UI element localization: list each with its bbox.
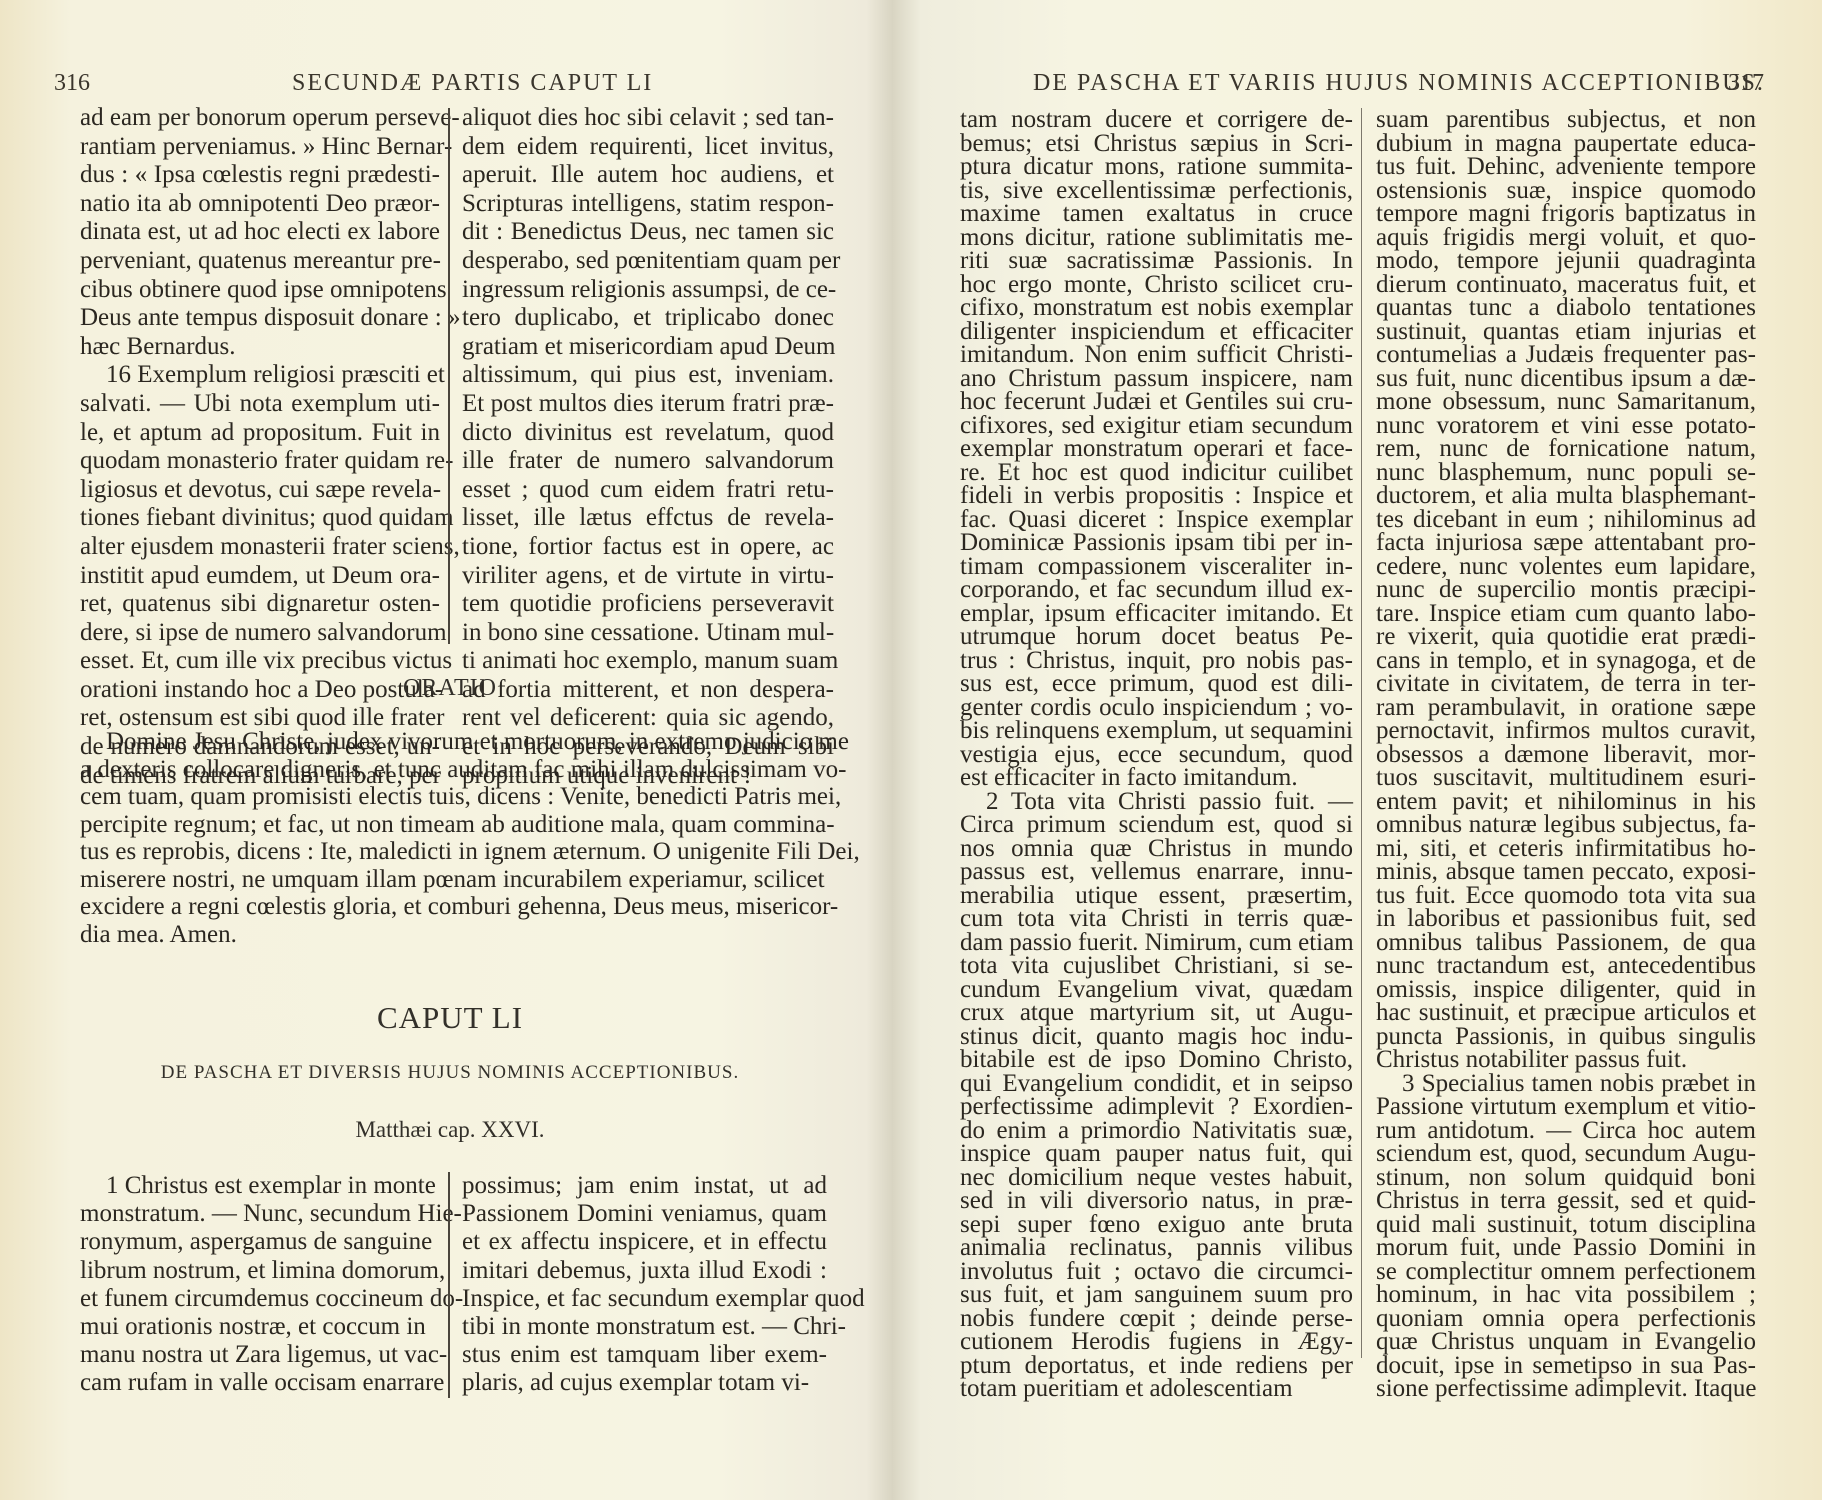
text-line: cifixores, sed exigitur etiam secundum	[960, 414, 1353, 438]
text-line: ram perambulavit, in oratione sæpe	[1376, 696, 1756, 720]
text-line: miserere nostri, ne umquam illam pœnam i…	[80, 866, 810, 894]
text-line: dem eidem requirenti, licet invitus,	[462, 133, 834, 162]
text-line: sione perfectissime adimplevit. Itaque	[1376, 1377, 1756, 1401]
text-line: morum fuit, unde Passio Domini in	[1376, 1236, 1756, 1260]
text-line: Deus ante tempus disposuit donare : »	[80, 304, 440, 333]
text-line: rantiam perveniamus. » Hinc Bernar-	[80, 133, 440, 162]
book-spread: 316 SECUNDÆ PARTIS CAPUT LI ad eam per b…	[0, 0, 1822, 1500]
text-line: ptum deportatus, et inde rediens per	[960, 1354, 1353, 1378]
text-line: corporando, et fac secundum illud ex-	[960, 578, 1353, 602]
text-line: sed in vili diversorio natus, in præ-	[960, 1189, 1353, 1213]
text-line: hoc fecerunt Judæi et Gentiles sui cru-	[960, 390, 1353, 414]
text-line: ti animati hoc exemplo, manum suam	[462, 647, 834, 676]
text-line: nos omnia quæ Christus in mundo	[960, 837, 1353, 861]
text-line: sepi super fœno exiguo ante bruta	[960, 1213, 1353, 1237]
text-line: pernoctavit, infirmos multos curavit,	[1376, 719, 1756, 743]
text-line: salvati. — Ubi nota exemplum uti-	[80, 390, 440, 419]
text-line: trus : Christus, inquit, pro nobis pas-	[960, 649, 1353, 673]
text-line: rum antidotum. — Circa hoc autem	[1376, 1119, 1756, 1143]
text-line: ret, quatenus sibi dignaretur osten-	[80, 590, 440, 619]
text-line: dubium in magna paupertate educa-	[1376, 132, 1756, 156]
text-line: tare. Inspice etiam cum quanto labo-	[1376, 602, 1756, 626]
column-divider	[448, 108, 450, 644]
text-line: re. Et hoc est quod indicitur cuilibet	[960, 461, 1353, 485]
text-line: nobis fundere cœpit ; deinde perse-	[960, 1307, 1353, 1331]
text-line: nunc blasphemum, nunc populi se-	[1376, 461, 1756, 485]
text-line: ad eam per bonorum operum perseve-	[80, 104, 440, 133]
text-line: diligenter inspiciendum et efficaciter	[960, 320, 1353, 344]
text-line: bis relinquens exemplum, ut sequamini	[960, 719, 1353, 743]
text-line: crux atque martyrium sit, ut Augu-	[960, 1001, 1353, 1025]
right-col1: tam nostram ducere et corrigere de-bemus…	[960, 108, 1353, 1401]
text-line: emplar, ipsum efficaciter imitando. Et	[960, 602, 1353, 626]
right-col2: suam parentibus subjectus, et nondubium …	[1376, 108, 1756, 1401]
text-line: re vixerit, quia quotidie erat prædi-	[1376, 625, 1756, 649]
text-line: le, et aptum ad propositum. Fuit in	[80, 419, 440, 448]
text-line: tam nostram ducere et corrigere de-	[960, 108, 1353, 132]
text-line: sus fuit, et jam sanguinem suum pro	[960, 1283, 1353, 1307]
text-line: tota vita cujuslibet Christiani, si se-	[960, 954, 1353, 978]
text-line: nunc voratorem et vini esse potato-	[1376, 414, 1756, 438]
text-line: cam rufam in valle occisam enarrare	[80, 1369, 425, 1397]
left-col2-bottom: possimus; jam enim instat, ut adPassione…	[462, 1172, 827, 1398]
text-line: passus est, vellemus enarrare, innu-	[960, 860, 1353, 884]
text-line: cum tota vita Christi in terris quæ-	[960, 907, 1353, 931]
text-line: mui orationis nostræ, et coccum in	[80, 1313, 425, 1341]
text-line: suam parentibus subjectus, et non	[1376, 108, 1756, 132]
text-line: tis, sive excellentissimæ perfectionis,	[960, 179, 1353, 203]
text-line: institit apud eumdem, ut Deum ora-	[80, 562, 440, 591]
text-line: Dominicæ Passionis ipsam tibi per in-	[960, 531, 1353, 555]
text-line: Passione virtutum exemplum et vitio-	[1376, 1095, 1756, 1119]
text-line: percipite regnum; et fac, ut non timeam …	[80, 811, 810, 839]
text-line: nunc tractandum est, antecedentibus	[1376, 954, 1756, 978]
text-line: manu nostra ut Zara ligemus, ut vac-	[80, 1341, 425, 1369]
text-line: Christus in terra gessit, sed et quid-	[1376, 1189, 1756, 1213]
text-line: ille frater de numero salvandorum	[462, 447, 834, 476]
column-divider-bottom	[448, 1172, 450, 1398]
text-line: alter ejusdem monasterii frater sciens,	[80, 533, 440, 562]
text-line: tus es reprobis, dicens : Ite, maledicti…	[80, 838, 810, 866]
text-line: 16 Exemplum religiosi præsciti et	[80, 361, 440, 390]
text-line: altissimum, qui pius est, inveniam.	[462, 361, 834, 390]
left-col1-bottom: 1 Christus est exemplar in montemonstrat…	[80, 1172, 425, 1398]
text-line: mone obsessum, nunc Samaritanum,	[1376, 390, 1756, 414]
text-line: nunc de supercilio montis præcipi-	[1376, 578, 1756, 602]
text-line: cibus obtinere quod ipse omnipotens	[80, 276, 440, 305]
text-line: omissis, inspice diligenter, quid in	[1376, 978, 1756, 1002]
text-line: excidere a regni cœlestis gloria, et com…	[80, 893, 810, 921]
text-line: tero duplicabo, et triplicabo donec	[462, 304, 834, 333]
text-line: tione, fortior factus est in opere, ac	[462, 533, 834, 562]
text-line: puncta Passionis, in quibus singulis	[1376, 1025, 1756, 1049]
left-page: 316 SECUNDÆ PARTIS CAPUT LI ad eam per b…	[0, 0, 893, 1500]
page-number-left: 316	[54, 70, 90, 97]
text-line: cem tuam, quam promisisti electis tuis, …	[80, 783, 810, 811]
text-line: stinum, non solum quidquid boni	[1376, 1166, 1756, 1190]
text-line: dia mea. Amen.	[80, 921, 810, 949]
text-line: stinus dicit, quanto magis hoc indu-	[960, 1025, 1353, 1049]
text-line: librum nostrum, et limina domorum,	[80, 1257, 425, 1285]
text-line: monstratum. — Nunc, secundum Hie-	[80, 1200, 425, 1228]
text-line: natio ita ab omnipotenti Deo præor-	[80, 190, 440, 219]
oratio-title: ORATIO	[40, 675, 860, 702]
running-head-left: SECUNDÆ PARTIS CAPUT LI	[292, 70, 653, 97]
text-line: 2 Tota vita Christi passio fuit. —	[960, 790, 1353, 814]
text-line: quoniam omnia opera perfectionis	[1376, 1307, 1756, 1331]
text-line: viriliter agens, et de virtute in virtu-	[462, 562, 834, 591]
text-line: mi, siti, et ceteris infirmitatibus ho-	[1376, 837, 1756, 861]
text-line: plaris, ad cujus exemplar totam vi-	[462, 1369, 827, 1397]
text-line: aperuit. Ille autem hoc audiens, et	[462, 161, 834, 190]
text-line: esset. Et, cum ille vix precibus victus	[80, 647, 440, 676]
text-line: civitate in civitatem, de terra in ter-	[1376, 672, 1756, 696]
text-line: omnibus talibus Passionem, de qua	[1376, 931, 1756, 955]
text-line: utrumque horum docet beatus Pe-	[960, 625, 1353, 649]
text-line: aliquot dies hoc sibi celavit ; sed tan-	[462, 104, 834, 133]
text-line: quid mali sustinuit, totum disciplina	[1376, 1213, 1756, 1237]
text-line: tem quotidie proficiens perseveravit	[462, 590, 834, 619]
text-line: ligiosus et devotus, cui sæpe revela-	[80, 476, 440, 505]
text-line: modo, tempore jejunii quadraginta	[1376, 249, 1756, 273]
text-line: contumelias a Judæis frequenter pas-	[1376, 343, 1756, 367]
text-line: sustinuit, quantas etiam injurias et	[1376, 320, 1756, 344]
text-line: ptura dicatur mons, ratione summita-	[960, 155, 1353, 179]
page-number-right: 317	[1728, 70, 1764, 97]
text-line: imitandum. Non enim sufficit Christi-	[960, 343, 1353, 367]
text-line: se complectitur omnem perfectionem	[1376, 1260, 1756, 1284]
text-line: merabilia utique essent, præsertim,	[960, 884, 1353, 908]
text-line: fac. Quasi diceret : Inspice exemplar	[960, 508, 1353, 532]
text-line: 1 Christus est exemplar in monte	[80, 1172, 425, 1200]
text-line: maxime tamen exaltatus in cruce	[960, 202, 1353, 226]
text-line: quantas tunc a diabolo tentationes	[1376, 296, 1756, 320]
text-line: tiones fiebant divinitus; quod quidam	[80, 504, 440, 533]
text-line: Circa primum sciendum est, quod si	[960, 813, 1353, 837]
text-line: tus fuit. Ecce quomodo tota vita sua	[1376, 884, 1756, 908]
text-line: facta injuriosa sæpe attentabant pro-	[1376, 531, 1756, 555]
text-line: possimus; jam enim instat, ut ad	[462, 1172, 827, 1200]
text-line: ostensionis suæ, inspice quomodo	[1376, 179, 1756, 203]
text-line: tempore magni frigoris baptizatus in	[1376, 202, 1756, 226]
text-line: docuit, ipse in semetipso in sua Pas-	[1376, 1354, 1756, 1378]
text-line: totam pueritiam et adolescentiam	[960, 1377, 1353, 1401]
text-line: dierum continuato, maceratus fuit, et	[1376, 273, 1756, 297]
text-line: rem, nunc de fornicatione natum,	[1376, 437, 1756, 461]
text-line: tes dicebant in eum ; nihilominus ad	[1376, 508, 1756, 532]
text-line: lisset, ille lætus effctus de revela-	[462, 504, 834, 533]
text-line: sus fuit, nunc dicentibus ipsum a dæ-	[1376, 367, 1756, 391]
text-line: hac sustinuit, et præcipue articulos et	[1376, 1001, 1756, 1025]
text-line: do enim a primordio Nativitatis suæ,	[960, 1119, 1353, 1143]
text-line: 3 Specialius tamen nobis præbet in	[1376, 1072, 1756, 1096]
text-line: ano Christum passum inspicere, nam	[960, 367, 1353, 391]
running-head-right: DE PASCHA ET VARIIS HUJUS NOMINIS ACCEPT…	[1033, 70, 1765, 97]
text-line: in bono sine cessatione. Utinam mul-	[462, 619, 834, 648]
text-line: et ex affectu inspicere, et in effectu	[462, 1228, 827, 1256]
chapter-reference: Matthæi cap. XXVI.	[40, 1117, 860, 1143]
text-line: perveniant, quatenus mereantur pre-	[80, 247, 440, 276]
text-line: nec domicilium neque vestes habuit,	[960, 1166, 1353, 1190]
text-line: entem pavit; et nihilominus in his	[1376, 790, 1756, 814]
text-line: omnibus naturæ legibus subjectus, fa-	[1376, 813, 1756, 837]
text-line: stus enim est tamquam liber exem-	[462, 1341, 827, 1369]
text-line: Domine Jesu Christe, judex vivorum et mo…	[80, 728, 810, 756]
text-line: aquis frigidis mergi voluit, et quo-	[1376, 226, 1756, 250]
text-line: genter cordis oculo inspiciendum ; vo-	[960, 696, 1353, 720]
text-line: inspice quam pauper natus fuit, qui	[960, 1142, 1353, 1166]
text-line: animalia reclinatus, pannis vilibus	[960, 1236, 1353, 1260]
text-line: ductorem, et alia multa blasphemant-	[1376, 484, 1756, 508]
text-line: perfectissime adimplevit ? Exordien-	[960, 1095, 1353, 1119]
text-line: dinata est, ut ad hoc electi ex labore	[80, 218, 440, 247]
text-line: imitari debemus, juxta illud Exodi :	[462, 1257, 827, 1285]
text-line: dicto divinitus est revelatum, quod	[462, 419, 834, 448]
text-line: bemus; etsi Christus sæpius in Scri-	[960, 132, 1353, 156]
text-line: involutus fuit ; octavo die circumci-	[960, 1260, 1353, 1284]
text-line: esset ; quod cum eidem fratri retu-	[462, 476, 834, 505]
text-line: hominum, in hac vita possibilem ;	[1376, 1283, 1756, 1307]
text-line: mons dicitur, ratione sublimitatis me-	[960, 226, 1353, 250]
text-line: dit : Benedictus Deus, nec tamen sic	[462, 218, 834, 247]
text-line: cans in templo, et in synagoga, et de	[1376, 649, 1756, 673]
text-line: ingressum religionis assumpsi, de ce-	[462, 276, 834, 305]
text-line: minis, absque tamen peccato, exposi-	[1376, 860, 1756, 884]
text-line: dere, si ipse de numero salvandorum	[80, 619, 440, 648]
text-line: quæ Christus unquam in Evangelio	[1376, 1330, 1756, 1354]
text-line: Et post multos dies iterum fratri præ-	[462, 390, 834, 419]
text-line: gratiam et misericordiam apud Deum	[462, 333, 834, 362]
text-line: cutionem Herodis fugiens in Ægy-	[960, 1330, 1353, 1354]
text-line: cundum Evangelium vivat, quædam	[960, 978, 1353, 1002]
text-line: hoc ergo monte, Christo scilicet cru-	[960, 273, 1353, 297]
text-line: timam compassionem visceraliter in-	[960, 555, 1353, 579]
text-line: obsessos a dæmone liberavit, mor-	[1376, 743, 1756, 767]
oratio-body: Domine Jesu Christe, judex vivorum et mo…	[80, 728, 810, 948]
text-line: exemplar monstratum operari et face-	[960, 437, 1353, 461]
text-line: Inspice, et fac secundum exemplar quod	[462, 1285, 827, 1313]
text-line: Passionem Domini veniamus, quam	[462, 1200, 827, 1228]
text-line: tus fuit. Dehinc, adveniente tempore	[1376, 155, 1756, 179]
text-line: a dexteris collocare digneris, et tunc a…	[80, 756, 810, 784]
right-page: DE PASCHA ET VARIIS HUJUS NOMINIS ACCEPT…	[893, 0, 1822, 1500]
text-line: est efficaciter in facto imitandum.	[960, 766, 1353, 790]
text-line: riti suæ sacratissimæ Passionis. In	[960, 249, 1353, 273]
chapter-subtitle: DE PASCHA ET DIVERSIS HUJUS NOMINIS ACCE…	[40, 1062, 860, 1084]
column-divider-right	[1361, 108, 1362, 1358]
text-line: bitabile est de ipso Domino Christo,	[960, 1048, 1353, 1072]
text-line: vestigia ejus, ecce secundum, quod	[960, 743, 1353, 767]
text-line: in laboribus et passionibus fuit, sed	[1376, 907, 1756, 931]
text-line: ronymum, aspergamus de sanguine	[80, 1228, 425, 1256]
text-line: cedere, nunc volentes eum lapidare,	[1376, 555, 1756, 579]
text-line: sus est, ecce primum, quod est dili-	[960, 672, 1353, 696]
text-line: sciendum est, quod, secundum Augu-	[1376, 1142, 1756, 1166]
text-line: et funem circumdemus coccineum do-	[80, 1285, 425, 1313]
text-line: tuos suscitavit, multitudinem esuri-	[1376, 766, 1756, 790]
chapter-title: CAPUT LI	[40, 1000, 860, 1036]
text-line: qui Evangelium condidit, et in seipso	[960, 1072, 1353, 1096]
text-line: quodam monasterio frater quidam re-	[80, 447, 440, 476]
text-line: cifixo, monstratum est nobis exemplar	[960, 296, 1353, 320]
text-line: dam passio fuerit. Nimirum, cum etiam	[960, 931, 1353, 955]
text-line: Christus notabiliter passus fuit.	[1376, 1048, 1756, 1072]
text-line: dus : « Ipsa cœlestis regni prædesti-	[80, 161, 440, 190]
text-line: tibi in monte monstratum est. — Chri-	[462, 1313, 827, 1341]
text-line: desperabo, sed pœnitentiam quam per	[462, 247, 834, 276]
text-line: fideli in verbis propositis : Inspice et	[960, 484, 1353, 508]
text-line: Scripturas intelligens, statim respon-	[462, 190, 834, 219]
text-line: hæc Bernardus.	[80, 333, 440, 362]
